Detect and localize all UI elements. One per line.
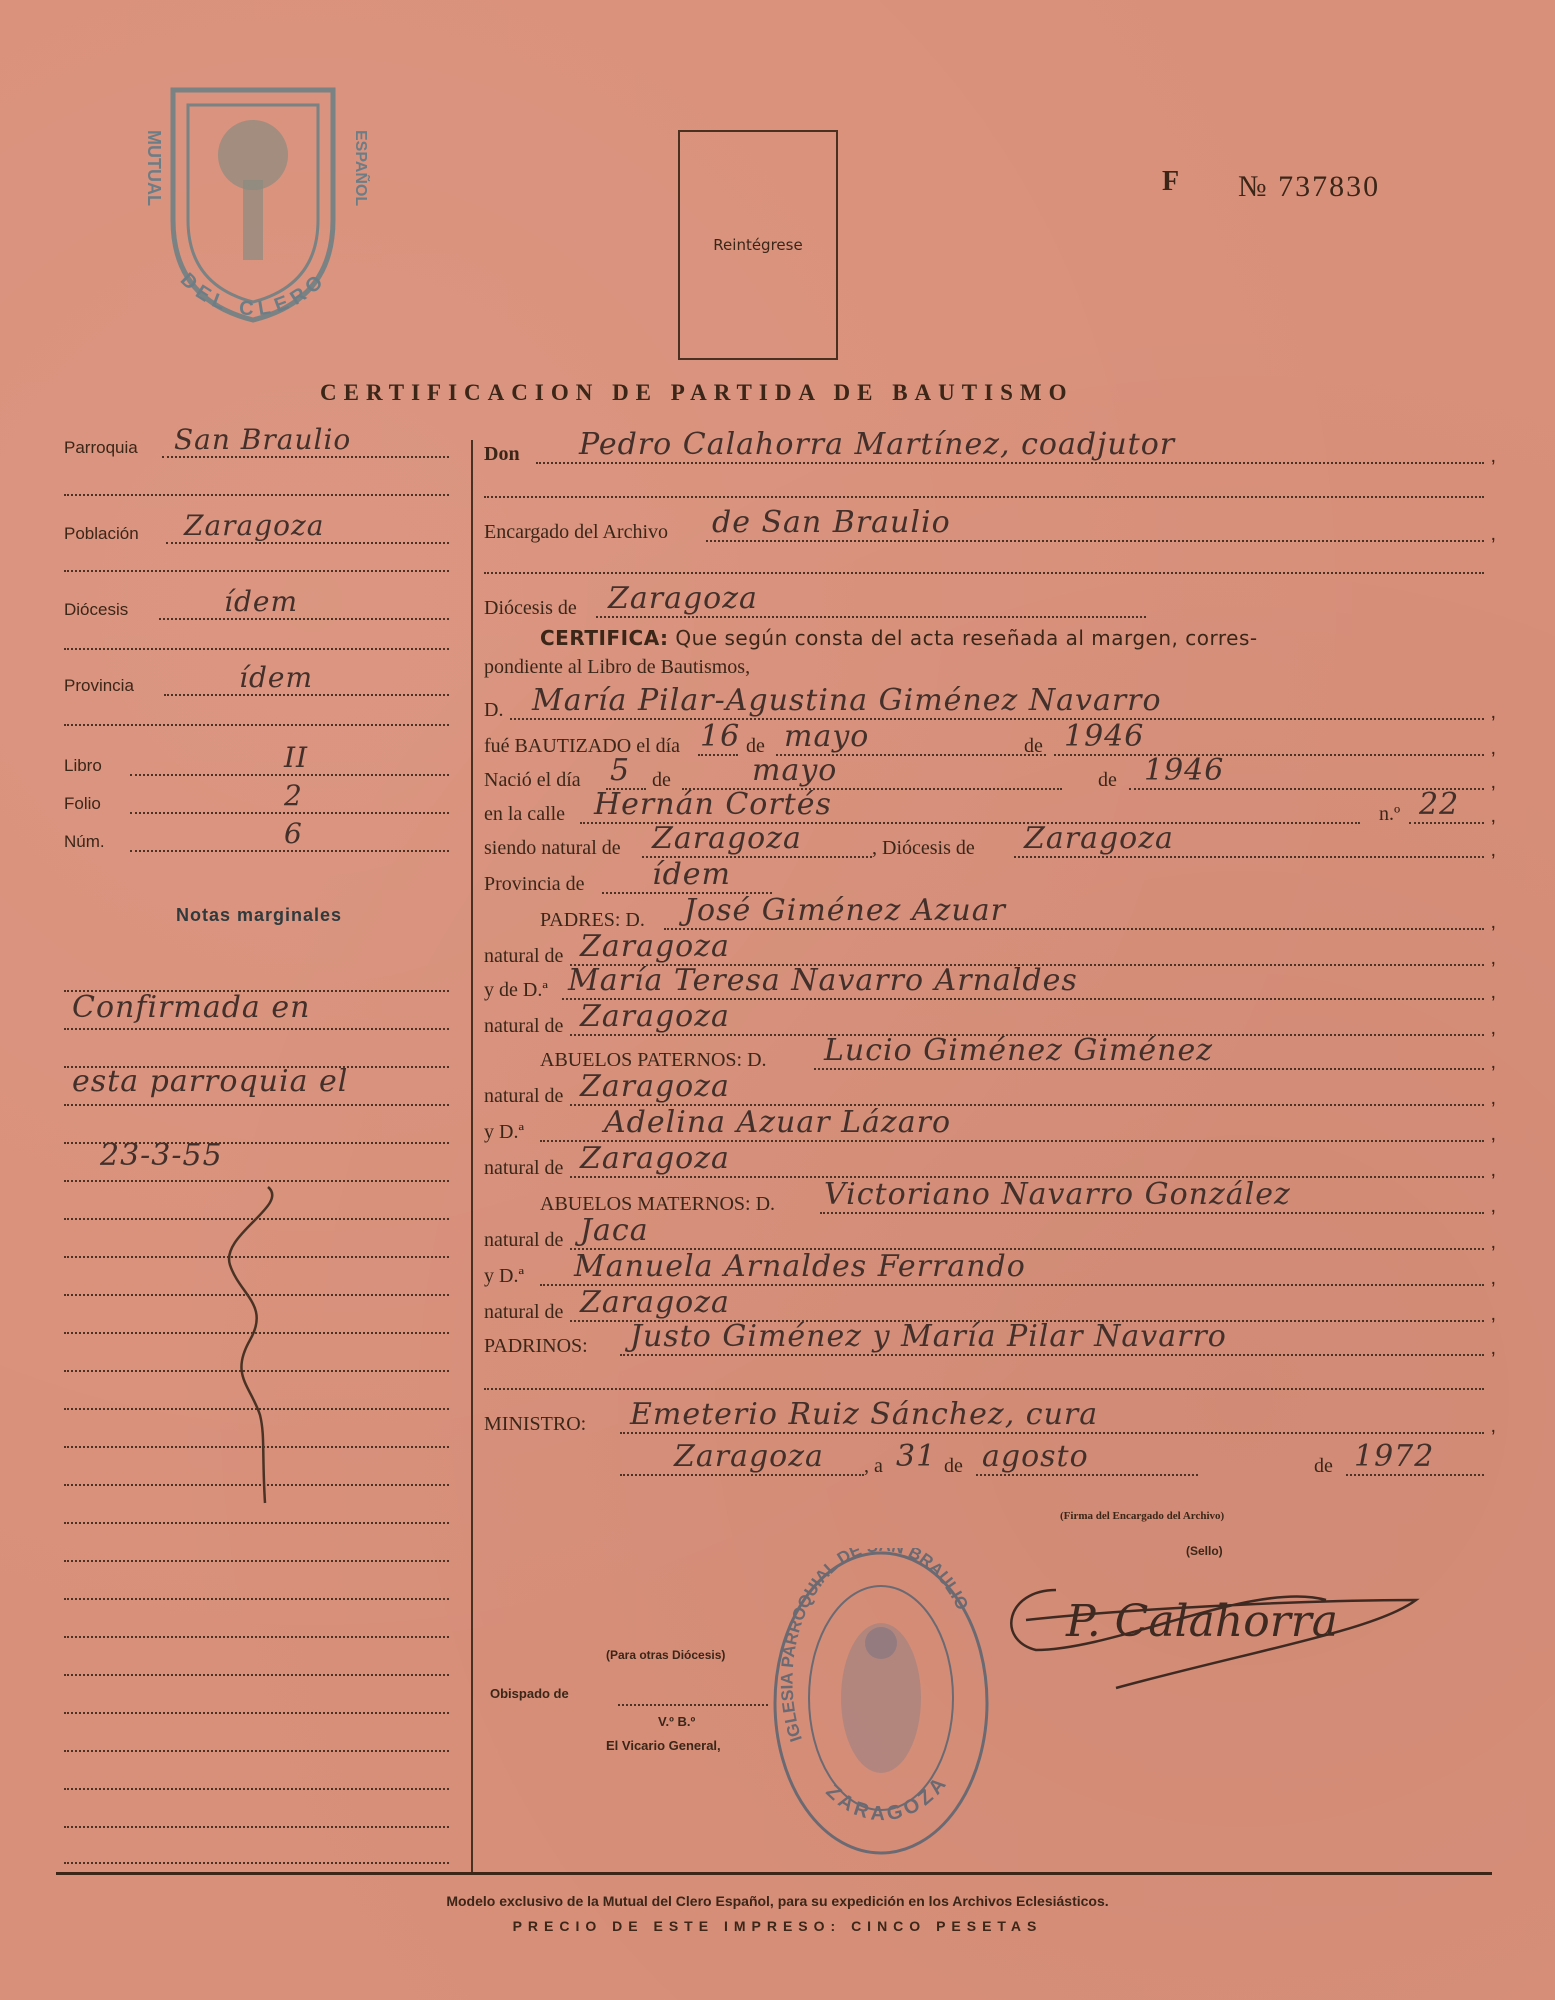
value-abuela-paterna: Adelina Azuar Lázaro [604,1105,951,1140]
notes-heading: Notas marginales [64,905,454,926]
field-provincia: Provincia ídem [64,668,449,698]
logo-text-bottom: DEL CLERO [176,267,332,320]
serial-letter: F [1162,166,1179,198]
field-diocesis: Diócesis ídem [64,592,449,622]
parish-seal: IGLESIA PARROQUIAL DE SAN BRAULIO ZARAGO… [770,1548,992,1858]
value-bautizado-year: 1946 [1064,719,1144,754]
field-num: Núm. 6 [64,824,449,854]
obispado-line [618,1704,768,1706]
value-nacio-month: mayo [752,753,837,788]
field-poblacion: Población Zaragoza [64,516,449,546]
sello-caption: (Sello) [1186,1544,1223,1558]
value-nacio-year: 1946 [1144,753,1224,788]
value-folio: 2 [284,779,303,812]
field-don: Don , Pedro Calahorra Martínez, coadjuto… [484,436,1496,468]
value-baptized-name: María Pilar-Agustina Giménez Navarro [532,683,1162,718]
value-nacio-day: 5 [610,753,630,788]
footer-price: PRECIO DE ESTE IMPRESO: CINCO PESETAS [0,1918,1555,1934]
obispado-label: Obispado de [490,1686,569,1701]
label-parroquia: Parroquia [64,438,138,458]
value-date-month: agosto [982,1439,1089,1474]
certifica-continuation: pondiente al Libro de Bautismos, [484,656,750,679]
field-ministro: MINISTRO: , Emeterio Ruiz Sánchez, cura [484,1406,1496,1438]
value-date-day: 31 [896,1439,936,1474]
value-numero: 22 [1419,787,1459,822]
value-abuelo-materno: Victoriano Navarro González [824,1177,1291,1212]
seal-city: ZARAGOZA [822,1771,953,1826]
value-parroquia: San Braulio [174,423,351,456]
field-baptized-name: D. , María Pilar-Agustina Giménez Navarr… [484,692,1496,724]
value-ministro: Emeterio Ruiz Sánchez, cura [630,1397,1098,1432]
note-line-3: 23-3-55 [100,1138,223,1173]
value-num: 6 [284,817,303,850]
value-padre: José Giménez Azuar [684,893,1006,928]
value-madre: María Teresa Navarro Arnaldes [568,963,1078,998]
cancel-squiggle [210,1185,290,1505]
value-abuelo-paterno-natural: Zaragoza [580,1069,730,1104]
footer-model-note: Modelo exclusivo de la Mutual del Clero … [0,1893,1555,1909]
value-poblacion: Zaragoza [184,509,324,542]
value-place: Zaragoza [674,1439,824,1474]
document-title: CERTIFICACION DE PARTIDA DE BAUTISMO [320,380,1073,406]
field-padrinos: PADRINOS: , Justo Giménez y María Pilar … [484,1328,1496,1360]
value-bautizado-day: 16 [700,719,740,754]
label-diocesis: Diócesis [64,600,128,620]
column-divider [471,440,473,1872]
svg-text:ZARAGOZA: ZARAGOZA [822,1771,953,1826]
signature-text: P. Calahorra [1065,1596,1338,1647]
value-provincia: ídem [239,661,313,694]
label-libro: Libro [64,756,102,776]
field-folio: Folio 2 [64,786,449,816]
value-provincia-cert: ídem [652,857,731,892]
label-don: Don [484,443,520,466]
label-diocesis-cert: Diócesis de [484,597,577,620]
footer-rule [56,1872,1492,1875]
label-folio: Folio [64,794,101,814]
note-line-1: Confirmada en [72,990,310,1025]
field-bautizado: fué BAUTIZADO el día 16 de mayo de , 194… [484,728,1496,760]
mutual-clero-logo: MUTUAL ESPAÑOL DEL CLERO [118,70,388,340]
signature: P. Calahorra [996,1560,1456,1690]
value-diocesis-cert: Zaragoza [608,581,758,616]
value-diocesis: ídem [224,585,298,618]
value-abuelo-paterno: Lucio Giménez Giménez [824,1033,1213,1068]
value-calle: Hernán Cortés [594,787,832,822]
logo-text-top: MUTUAL [144,130,164,206]
vicario-label: El Vicario General, [606,1738,721,1753]
value-bautizado-month: mayo [784,719,869,754]
value-abuela-materna-natural: Zaragoza [580,1285,730,1320]
otras-diocesis-caption: (Para otras Diócesis) [606,1648,725,1662]
field-diocesis-cert: Diócesis de Zaragoza [484,590,1496,622]
field-date: Zaragoza , a 31 de agosto de 1972 [484,1448,1496,1480]
value-abuela-paterna-natural: Zaragoza [580,1141,730,1176]
value-date-year: 1972 [1354,1439,1434,1474]
value-don: Pedro Calahorra Martínez, coadjutor [579,427,1175,462]
value-diocesis2: Zaragoza [1024,821,1174,856]
reintegrese-label: Reintégrese [680,236,836,254]
value-natural: Zaragoza [652,821,802,856]
label-provincia: Provincia [64,676,134,696]
field-natural: siendo natural de Zaragoza , Diócesis de… [484,830,1496,862]
field-archivo: Encargado del Archivo , de San Braulio [484,514,1496,546]
value-padrinos: Justo Giménez y María Pilar Navarro [630,1319,1227,1354]
value-padre-natural: Zaragoza [580,929,730,964]
logo-text-right: ESPAÑOL [352,130,372,206]
value-abuelo-materno-natural: Jaca [580,1213,649,1248]
visto-bueno-label: V.º B.º [658,1714,695,1729]
certifica-statement: CERTIFICA: Que según consta del acta res… [540,626,1258,650]
label-num: Núm. [64,832,105,852]
value-libro: II [284,741,308,774]
svg-text:DEL CLERO: DEL CLERO [176,267,332,320]
label-archivo: Encargado del Archivo [484,521,668,544]
serial-number: № 737830 [1238,170,1380,204]
field-libro: Libro II [64,748,449,778]
label-poblacion: Población [64,524,139,544]
value-abuela-materna: Manuela Arnaldes Ferrando [574,1249,1026,1284]
field-calle: en la calle Hernán Cortés n.º , 22 [484,796,1496,828]
field-parroquia: Parroquia San Braulio [64,430,449,460]
note-line-2: esta parroquia el [72,1064,348,1099]
firma-caption: (Firma del Encargado del Archivo) [1060,1510,1224,1522]
value-madre-natural: Zaragoza [580,999,730,1034]
reintegrese-box: Reintégrese [678,130,838,360]
value-archivo: de San Braulio [712,505,951,540]
